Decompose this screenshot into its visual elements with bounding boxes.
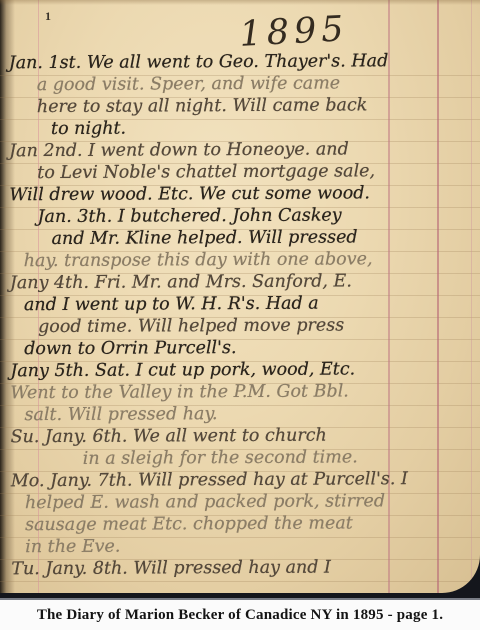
- diary-line: to Levi Noble's chattel mortgage sale,: [9, 160, 477, 184]
- diary-line: to night.: [9, 116, 477, 140]
- diary-line: a good visit. Speer, and wife came: [9, 72, 477, 96]
- diary-line: Jany 4th. Fri. Mr. and Mrs. Sanford, E.: [10, 270, 478, 294]
- caption-strip: The Diary of Marion Becker of Canadice N…: [0, 600, 480, 630]
- diary-line: Su. Jany. 6th. We all went to church: [11, 424, 479, 448]
- diary-line: hay. transpose this day with one above,: [10, 248, 478, 272]
- diary-line: Mo. Jany. 7th. Will pressed hay at Purce…: [11, 468, 479, 492]
- screenshot: 1 1895 Jan. 1st. We all went to Geo. Tha…: [0, 0, 480, 630]
- diary-line: sausage meat Etc. chopped the meat: [11, 512, 479, 536]
- diary-line: here to stay all night. Will came back: [9, 94, 477, 118]
- diary-line: Jan 2nd. I went down to Honeoye. and: [9, 138, 477, 162]
- diary-photo: 1 1895 Jan. 1st. We all went to Geo. Tha…: [0, 0, 480, 600]
- handwritten-text: Jan. 1st. We all went to Geo. Thayer's. …: [9, 50, 480, 580]
- diary-line: and I went up to W. H. R's. Had a: [10, 292, 478, 316]
- diary-line: helped E. wash and packed pork, stirred: [11, 490, 479, 514]
- diary-line: in the Eve.: [11, 534, 479, 558]
- diary-line: Jan. 1st. We all went to Geo. Thayer's. …: [9, 50, 477, 74]
- diary-line: Went to the Valley in the P.M. Got Bbl.: [10, 380, 478, 404]
- diary-line: down to Orrin Purcell's.: [10, 336, 478, 360]
- page-number: 1: [45, 9, 51, 24]
- diary-line: salt. Will pressed hay.: [10, 402, 478, 426]
- diary-line: and Mr. Kline helped. Will pressed: [10, 226, 478, 250]
- photo-caption: The Diary of Marion Becker of Canadice N…: [37, 607, 443, 624]
- diary-line: Tu. Jany. 8th. Will pressed hay and I: [11, 556, 479, 580]
- diary-page: 1 1895 Jan. 1st. We all went to Geo. Tha…: [0, 0, 480, 593]
- diary-line: Jany 5th. Sat. I cut up pork, wood, Etc.: [10, 358, 478, 382]
- diary-line: Jan. 3th. I butchered. John Caskey: [9, 204, 477, 228]
- diary-line: Will drew wood. Etc. We cut some wood.: [9, 182, 477, 206]
- diary-line: good time. Will helped move press: [10, 314, 478, 338]
- diary-line: in a sleigh for the second time.: [11, 446, 479, 470]
